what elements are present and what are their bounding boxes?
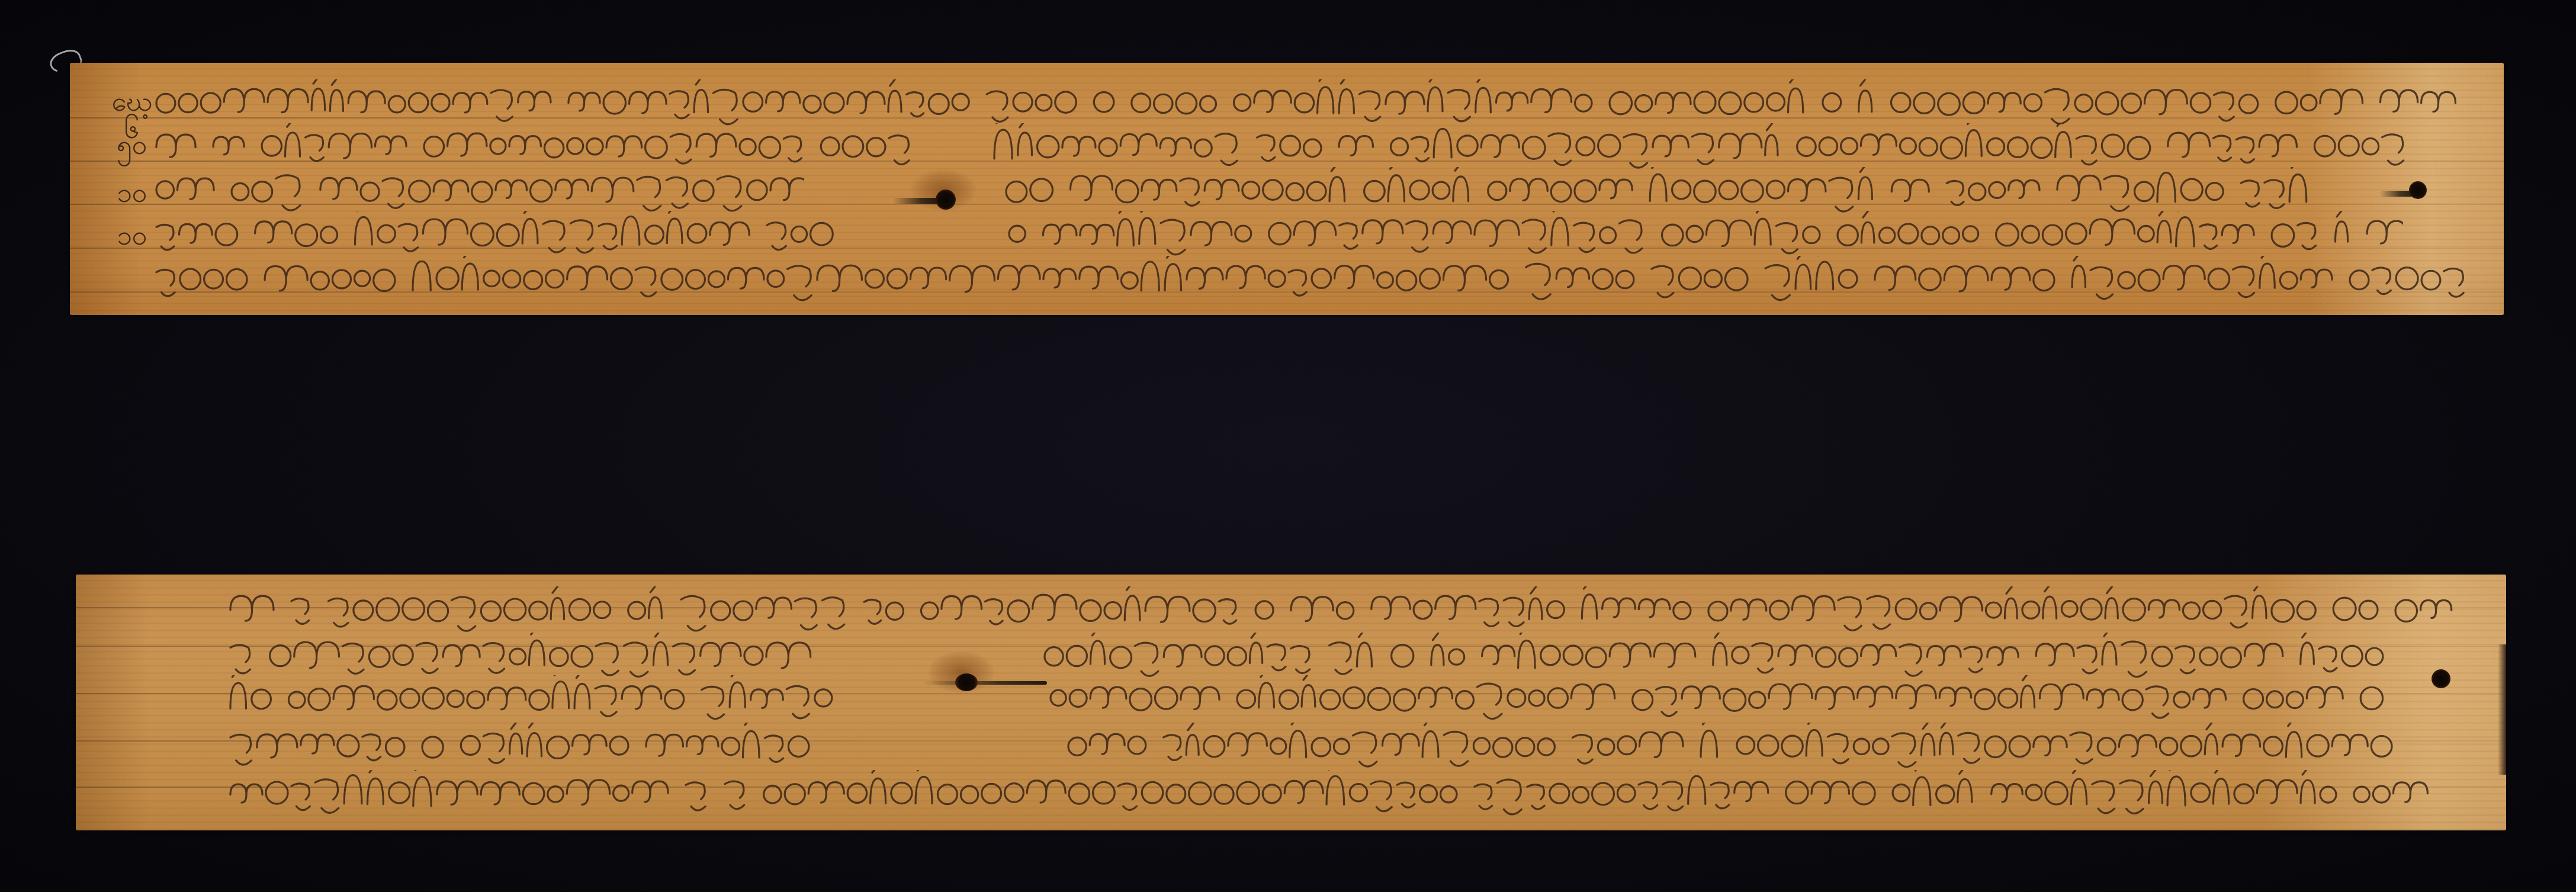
manuscript-line [1047,675,2397,721]
manuscript-line [1003,167,2323,213]
manuscript-line [227,586,2453,633]
manuscript-line [153,211,852,257]
hole-tear [893,198,940,204]
margin-numeral: ၁၀ [105,179,159,206]
margin-numeral: ၅၀ [105,131,159,158]
manuscript-line [1065,723,2397,769]
manuscript-line [1006,211,2403,257]
manuscript-line [227,770,2453,816]
manuscript-line [153,167,804,213]
manuscript-line [153,256,2474,302]
binding-hole-left [936,190,956,210]
manuscript-line [227,675,849,721]
manuscript-line [991,123,2412,169]
manuscript-line [227,633,849,679]
hole-tear [923,681,1047,685]
edge-damage [2498,644,2506,775]
palm-leaf-bottom [76,575,2506,830]
manuscript-line [153,123,923,169]
binding-hole-right [2409,181,2427,199]
binding-hole-left [955,673,978,691]
palm-leaf-top: ဃေ့ ၆ ၅၀ ၁၀ ၁၀ [70,63,2504,315]
manuscript-line [227,723,831,769]
manuscript-line [1041,633,2403,679]
binding-hole-right [2432,669,2450,688]
manuscript-line [153,79,2474,126]
margin-numeral: ၁၀ [105,222,159,249]
